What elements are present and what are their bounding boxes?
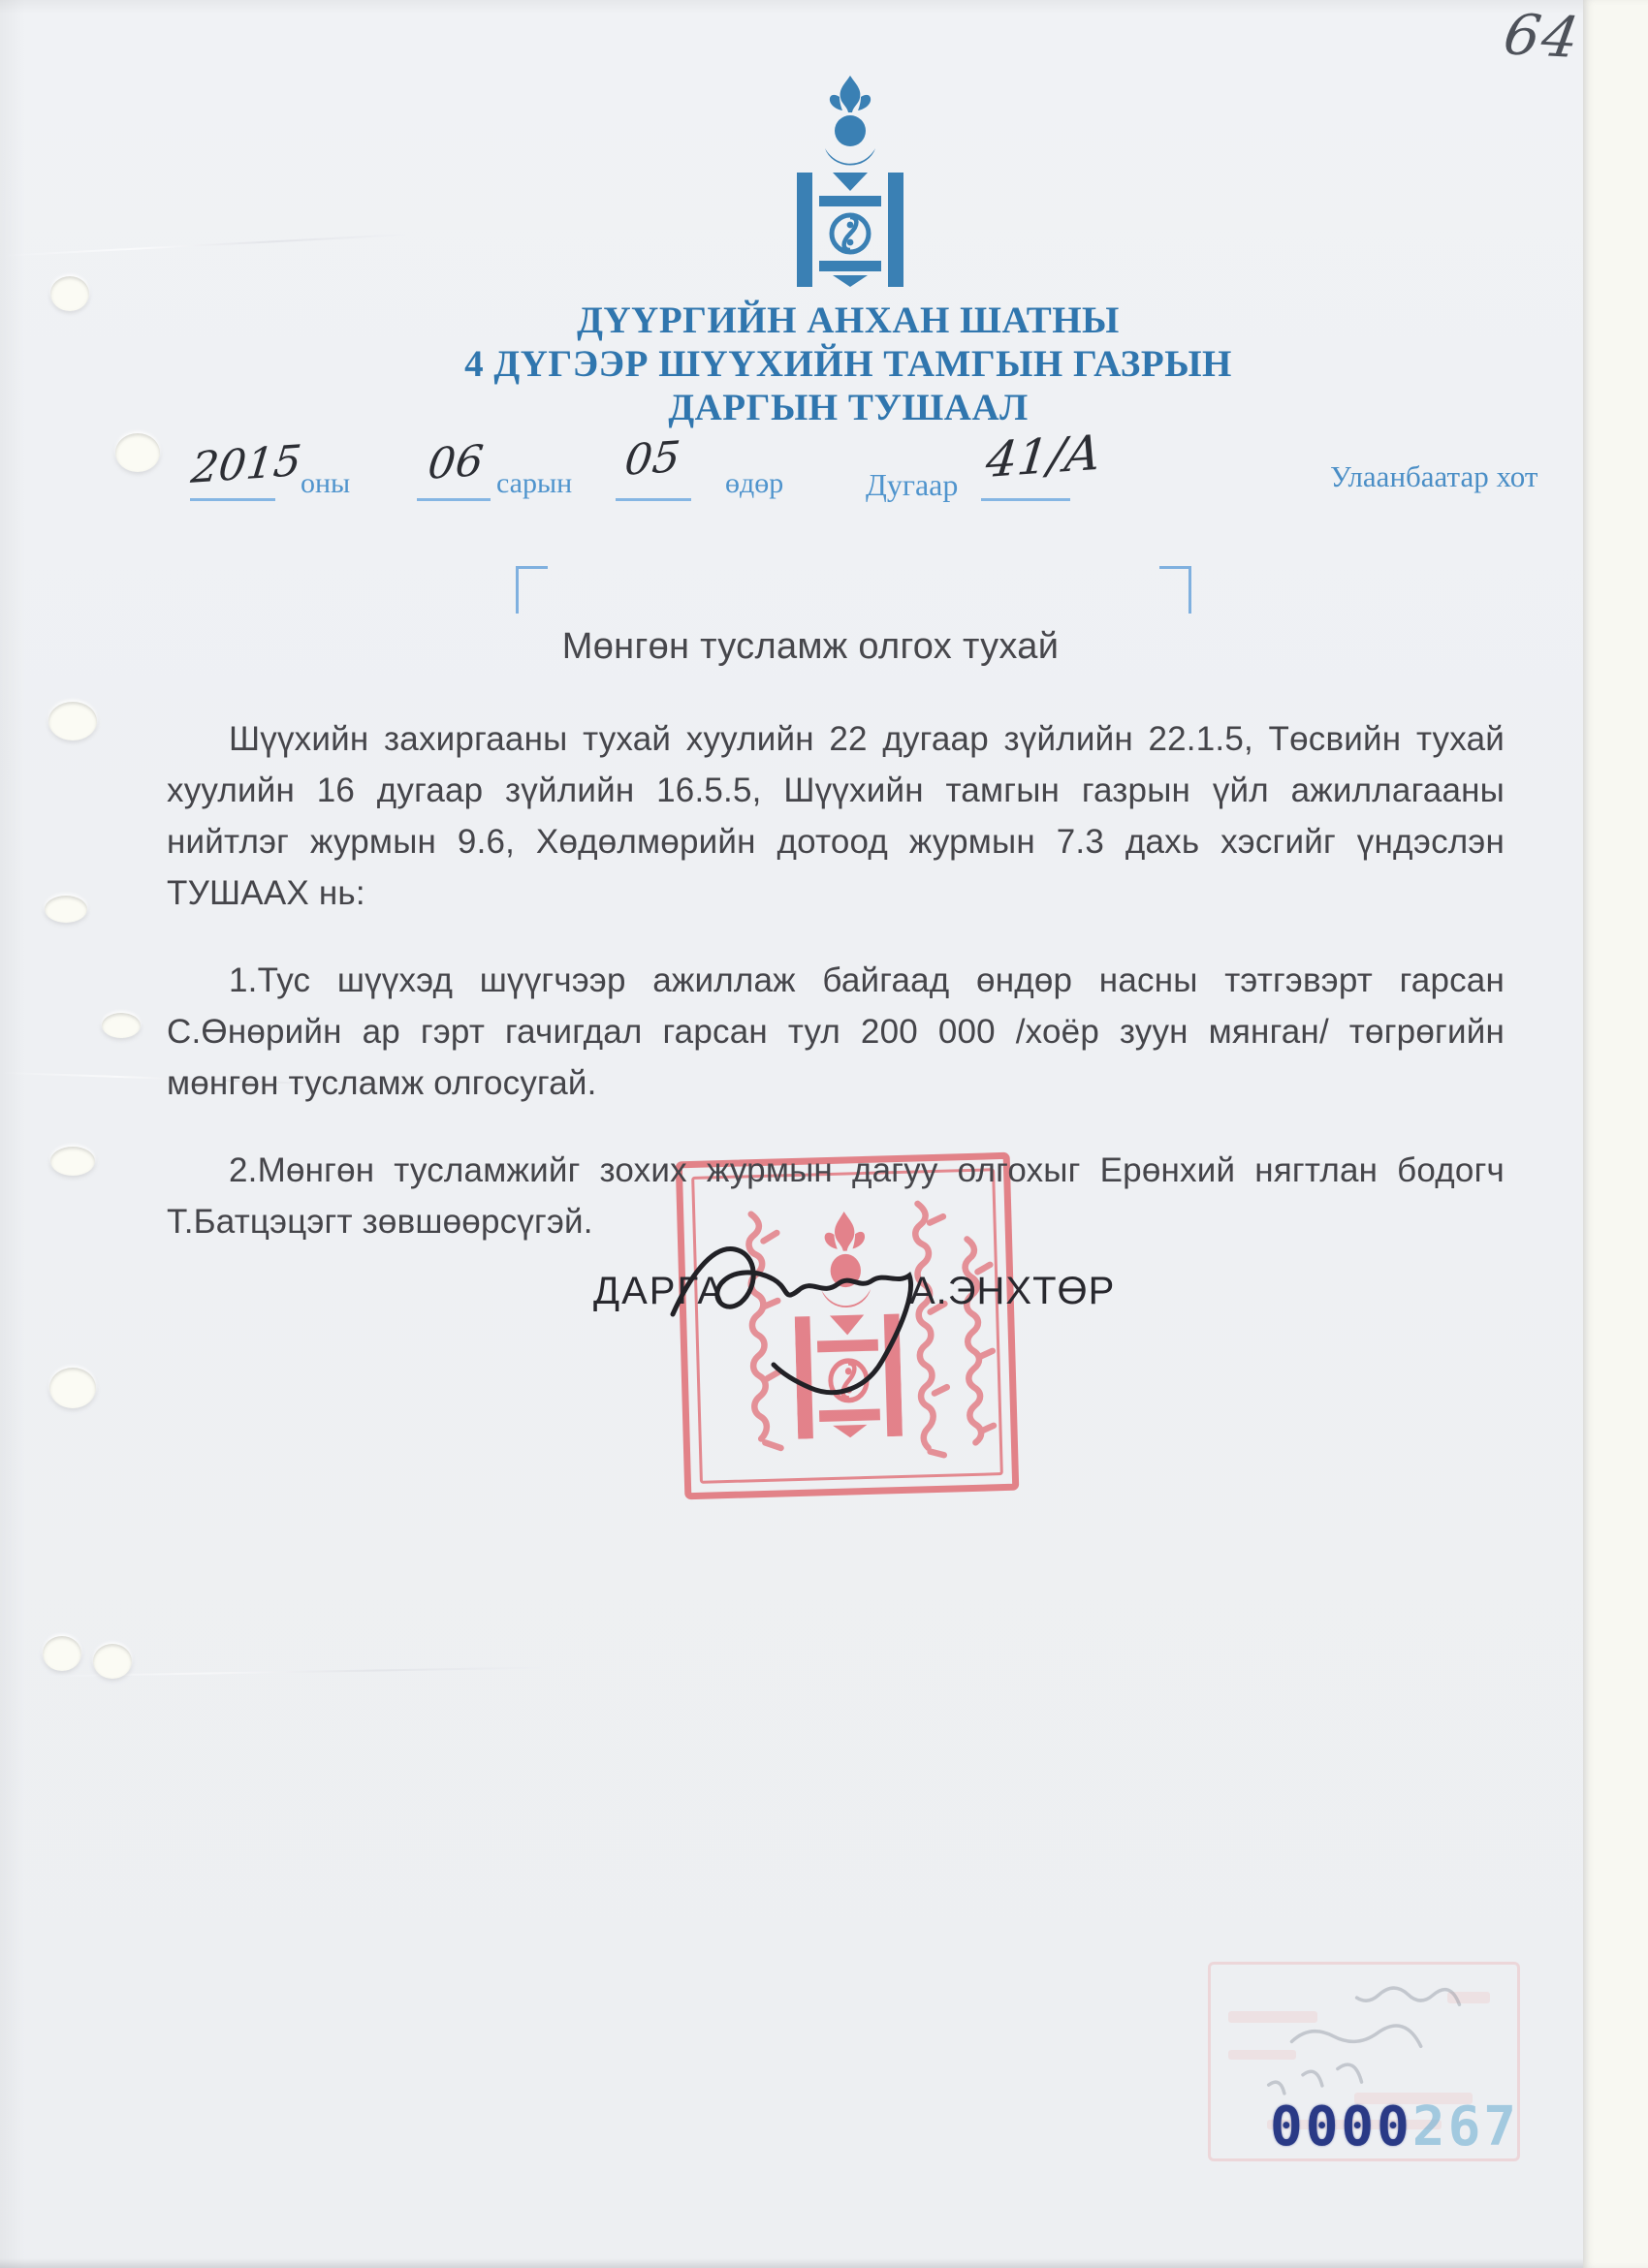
punch-hole bbox=[48, 702, 97, 740]
number-blank-line bbox=[981, 498, 1070, 501]
city-label: Улаанбаатар хот bbox=[1330, 459, 1537, 494]
year-label: оны bbox=[301, 467, 350, 500]
month-blank-line bbox=[417, 498, 491, 501]
letterhead-line2: 4 ДҮГЭЭР ШҮҮХИЙН ТАМГЫН ГАЗРЫН bbox=[436, 342, 1260, 386]
punch-hole bbox=[49, 1368, 96, 1408]
letterhead-line3: ДАРГЫН ТУШААЛ bbox=[436, 386, 1260, 429]
paragraph-preamble: Шүүхийн захиргааны тухай хуулийн 22 дуга… bbox=[167, 713, 1505, 919]
corner-mark-left-icon bbox=[516, 566, 548, 614]
serial-number: 0000267 bbox=[1270, 2095, 1519, 2158]
month-label: сарын bbox=[496, 467, 572, 500]
serial-number-light-digits: 267 bbox=[1412, 2095, 1519, 2158]
handwritten-month: 06 bbox=[426, 436, 486, 489]
soyombo-emblem-icon bbox=[797, 76, 903, 287]
year-blank-line bbox=[190, 498, 275, 501]
crease-line bbox=[0, 234, 407, 257]
day-label: өдөр bbox=[725, 467, 783, 500]
handwritten-number: 41/A bbox=[983, 425, 1103, 488]
day-blank-line bbox=[616, 498, 691, 501]
punch-hole bbox=[93, 1644, 132, 1679]
letterhead-line1: ДҮҮРГИЙН АНХАН ШАТНЫ bbox=[436, 299, 1260, 342]
handwritten-day: 05 bbox=[622, 432, 682, 486]
punch-hole bbox=[50, 276, 89, 311]
scan-edge-strip bbox=[1583, 0, 1648, 2268]
paragraph-item-1: 1.Тус шүүхэд шүүгчээр ажиллаж байгаад өн… bbox=[167, 955, 1505, 1109]
punch-hole bbox=[50, 1147, 95, 1176]
signature-scribble bbox=[665, 1219, 946, 1423]
serial-number-dark-digits: 0000 bbox=[1270, 2095, 1412, 2158]
number-label: Дугаар bbox=[866, 467, 958, 503]
punch-hole bbox=[102, 1013, 141, 1038]
handwritten-year: 2015 bbox=[189, 436, 304, 493]
scanned-paper: 64 ДҮҮРГИЙН АНХАН ШАТНЫ 4 ДҮГЭЭР ШҮҮХИЙН… bbox=[0, 0, 1648, 2268]
punch-hole bbox=[43, 1636, 81, 1671]
document-title: Мөнгөн тусламж олгох тухай bbox=[471, 626, 1150, 668]
letterhead-org-name: ДҮҮРГИЙН АНХАН ШАТНЫ 4 ДҮГЭЭР ШҮҮХИЙН ТА… bbox=[436, 299, 1260, 429]
document-body: Шүүхийн захиргааны тухай хуулийн 22 дуга… bbox=[167, 713, 1505, 1283]
corner-mark-right-icon bbox=[1159, 566, 1191, 614]
dateline-row: 2015 оны 06 сарын 05 өдөр Дугаар 41/A Ул… bbox=[0, 438, 1648, 525]
punch-hole bbox=[45, 896, 87, 923]
